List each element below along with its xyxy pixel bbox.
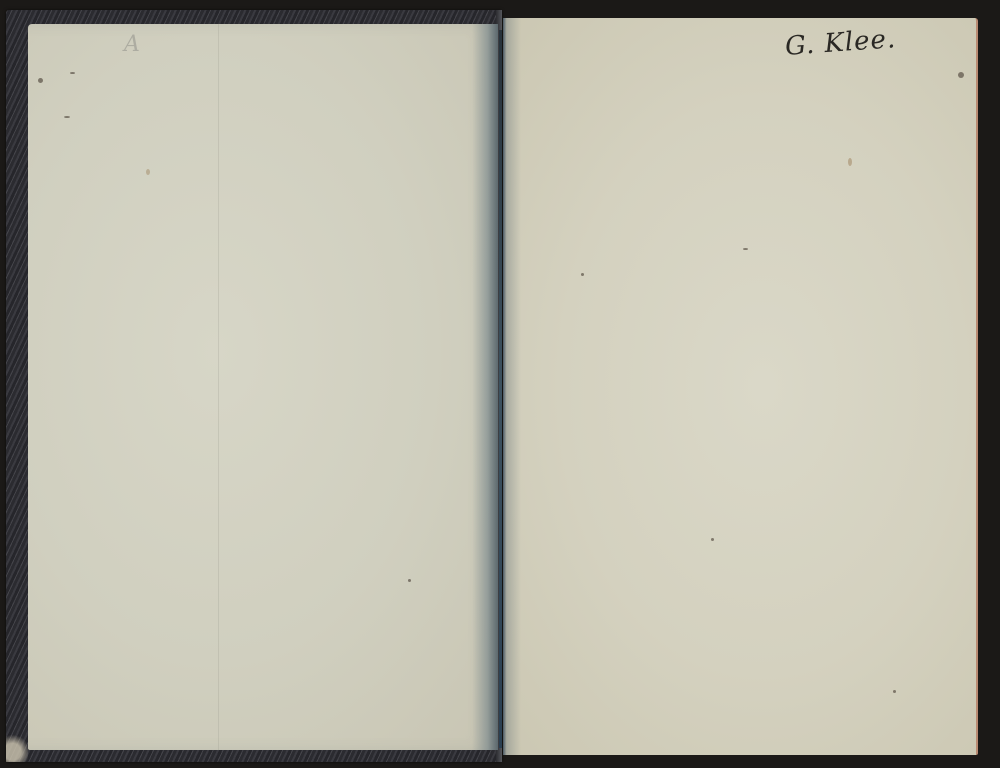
left-endpaper: A (28, 24, 498, 750)
handwritten-signature: G. Klee. (784, 24, 897, 62)
ink-speck (408, 579, 411, 582)
ink-speck (893, 690, 896, 693)
gutter-shadow-left (472, 24, 498, 750)
worn-corner (6, 728, 28, 762)
pencil-mark: A (124, 32, 140, 57)
stain (146, 169, 150, 175)
ink-speck (38, 78, 43, 83)
ink-speck (581, 273, 584, 276)
ink-speck (711, 538, 714, 541)
ink-speck (70, 72, 75, 74)
ink-speck (743, 248, 748, 250)
ink-speck (958, 72, 964, 78)
stain (848, 158, 852, 166)
ink-speck (64, 116, 70, 118)
paper-crease (218, 24, 219, 750)
right-flyleaf: G. Klee. (503, 18, 978, 755)
book-spine-gutter (499, 30, 502, 748)
gutter-shadow-right (503, 18, 521, 755)
photo-background: A G. Klee. (0, 0, 1000, 768)
